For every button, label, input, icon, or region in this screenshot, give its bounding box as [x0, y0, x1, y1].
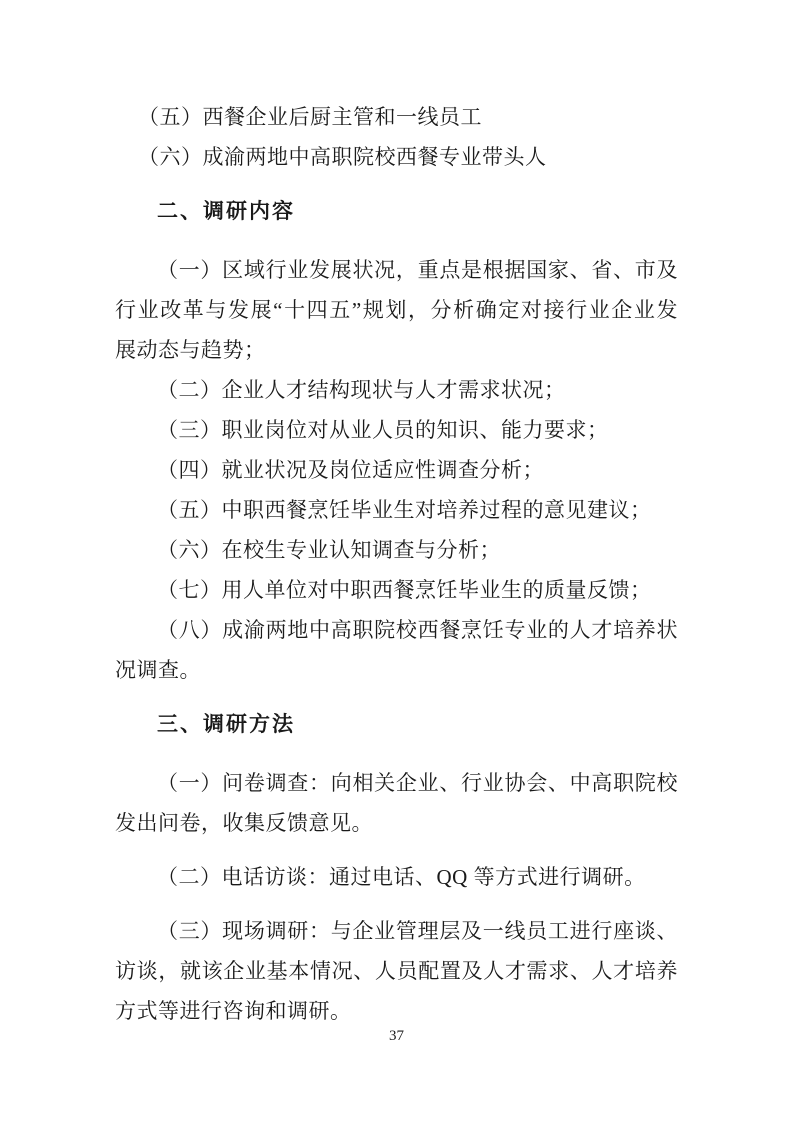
- section-heading-research-methods: 三、调研方法: [115, 705, 678, 745]
- page-number: 37: [0, 1022, 793, 1050]
- body-line: 行业改革与发展“十四五”规划，分析确定对接行业企业发: [115, 290, 678, 330]
- body-line: （四）就业状况及岗位适应性调查分析；: [115, 450, 678, 490]
- body-line: （二）电话访谈：通过电话、QQ 等方式进行调研。: [115, 857, 678, 897]
- body-line: 况调查。: [115, 650, 678, 690]
- body-line: （三）职业岗位对从业人员的知识、能力要求；: [115, 410, 678, 450]
- body-line: （三）现场调研：与企业管理层及一线员工进行座谈、: [115, 911, 678, 951]
- list-item-line: （五）西餐企业后厨主管和一线员工: [115, 97, 678, 137]
- body-line: （五）中职西餐烹饪毕业生对培养过程的意见建议；: [115, 490, 678, 530]
- body-line: （六）在校生专业认知调查与分析；: [115, 530, 678, 570]
- body-line: 发出问卷，收集反馈意见。: [115, 803, 678, 843]
- body-line: （八）成渝两地中高职院校西餐烹饪专业的人才培养状: [115, 610, 678, 650]
- document-body: （五）西餐企业后厨主管和一线员工 （六）成渝两地中高职院校西餐专业带头人 二、调…: [115, 97, 678, 1031]
- body-line: （一）问卷调查：向相关企业、行业协会、中高职院校: [115, 763, 678, 803]
- body-line: 展动态与趋势；: [115, 330, 678, 370]
- body-line: （二）企业人才结构现状与人才需求状况；: [115, 370, 678, 410]
- body-line: 访谈，就该企业基本情况、人员配置及人才需求、人才培养: [115, 951, 678, 991]
- list-item-line: （六）成渝两地中高职院校西餐专业带头人: [115, 137, 678, 177]
- body-line: （七）用人单位对中职西餐烹饪毕业生的质量反馈；: [115, 570, 678, 610]
- document-page: （五）西餐企业后厨主管和一线员工 （六）成渝两地中高职院校西餐专业带头人 二、调…: [0, 0, 793, 1122]
- section-heading-research-content: 二、调研内容: [115, 192, 678, 232]
- body-line: （一）区域行业发展状况，重点是根据国家、省、市及: [115, 250, 678, 290]
